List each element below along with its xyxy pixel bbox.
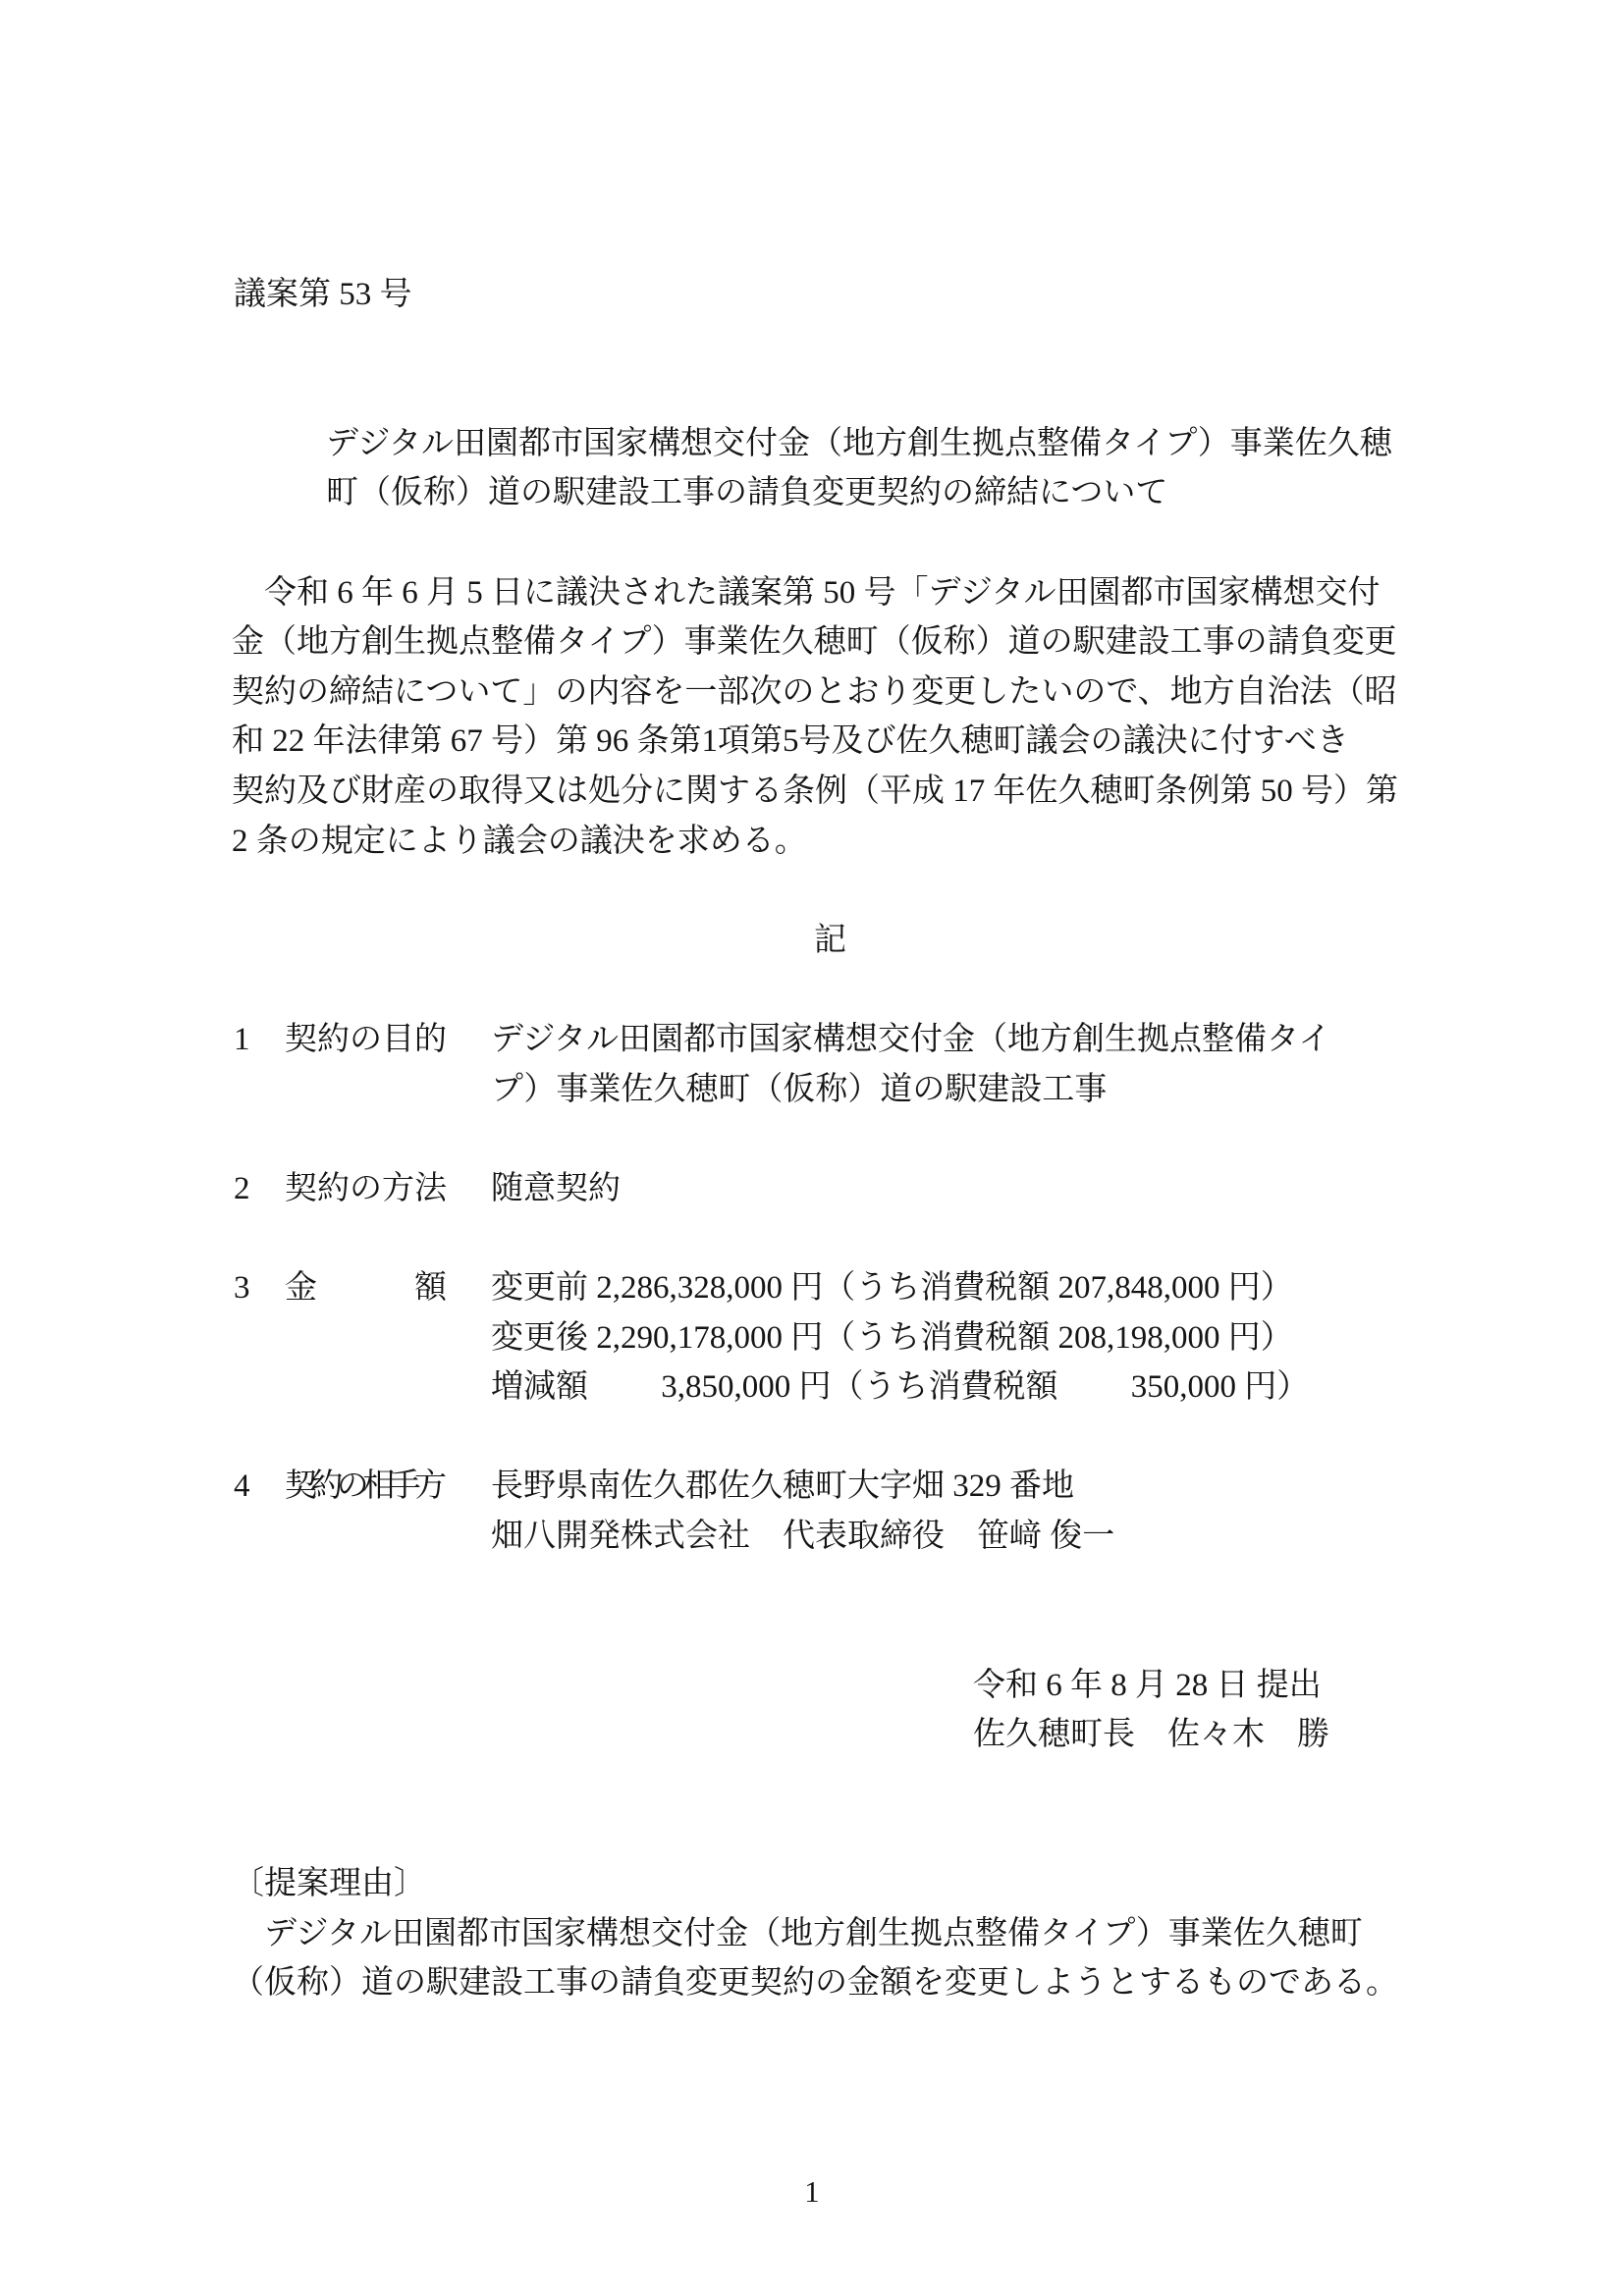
body-line: 契約及び財産の取得又は処分に関する条例（平成 17 年佐久穂町条例第 50 号）… <box>232 767 1398 817</box>
item-content-line: プ）事業佐久穂町（仮称）道の駅建設工事 <box>234 1065 1429 1115</box>
item-number: 3 <box>234 1263 285 1313</box>
reason-heading: 〔提案理由〕 <box>232 1859 1398 1909</box>
document-title: デジタル田園都市国家構想交付金（地方創生拠点整備タイプ）事業佐久穂 町（仮称）道… <box>326 419 1392 518</box>
doc-number: 議案第 53 号 <box>234 270 412 320</box>
item-label: 契約の目的 <box>285 1015 447 1065</box>
document-page: 議案第 53 号 デジタル田園都市国家構想交付金（地方創生拠点整備タイプ）事業佐… <box>0 0 1624 2296</box>
reason-block: 〔提案理由〕 デジタル田園都市国家構想交付金（地方創生拠点整備タイプ）事業佐久穂… <box>232 1859 1398 2008</box>
body-line: 和 22 年法律第 67 号）第 96 条第1項第5号及び佐久穂町議会の議決に付… <box>232 717 1398 767</box>
section-marker: 記 <box>232 916 1429 966</box>
reason-line: デジタル田園都市国家構想交付金（地方創生拠点整備タイプ）事業佐久穂町 <box>232 1909 1398 1959</box>
submission-block: 令和 6 年 8 月 28 日 提出 佐久穂町長 佐々木 勝 <box>973 1661 1329 1760</box>
item-label: 金 額 <box>285 1263 447 1313</box>
body-paragraph: 令和 6 年 6 月 5 日に議決された議案第 50 号「デジタル田園都市国家構… <box>232 568 1398 867</box>
item-content-line: デジタル田園都市国家構想交付金（地方創生拠点整備タイ <box>491 1015 1330 1065</box>
reason-line: （仮称）道の駅建設工事の請負変更契約の金額を変更しようとするものである。 <box>232 1958 1398 2008</box>
document-flow: 議案第 53 号 デジタル田園都市国家構想交付金（地方創生拠点整備タイプ）事業佐… <box>232 0 1429 2296</box>
item-number: 4 <box>234 1462 285 1512</box>
item-content-line: 畑八開発株式会社 代表取締役 笹﨑 俊一 <box>234 1512 1429 1562</box>
body-line: 契約の締結について」の内容を一部次のとおり変更したいので、地方自治法（昭 <box>232 667 1398 718</box>
document-title-line: デジタル田園都市国家構想交付金（地方創生拠点整備タイプ）事業佐久穂 <box>326 419 1392 469</box>
contract-item-amount: 3金 額変更前 2,286,328,000 円（うち消費税額 207,848,0… <box>234 1263 1429 1413</box>
body-line: 2 条の規定により議会の議決を求める。 <box>232 817 1398 867</box>
contract-item-method: 2契約の方法随意契約 <box>234 1164 1429 1214</box>
item-content-line: 長野県南佐久郡佐久穂町大字畑 329 番地 <box>491 1462 1074 1512</box>
body-line: 金（地方創生拠点整備タイプ）事業佐久穂町（仮称）道の駅建設工事の請負変更 <box>232 617 1398 667</box>
page-number: 1 <box>0 2165 1624 2218</box>
item-number: 2 <box>234 1164 285 1214</box>
item-content-line: 変更後 2,290,178,000 円（うち消費税額 208,198,000 円… <box>234 1313 1429 1363</box>
contract-item-counterparty: 4契約の相手方長野県南佐久郡佐久穂町大字畑 329 番地 畑八開発株式会社 代表… <box>234 1462 1429 1561</box>
item-content-line: 随意契約 <box>491 1164 621 1214</box>
submitter-name: 佐久穂町長 佐々木 勝 <box>973 1710 1329 1760</box>
item-number: 1 <box>234 1015 285 1065</box>
item-content-line: 増減額 3,850,000 円（うち消費税額 350,000 円） <box>234 1362 1429 1413</box>
item-label: 契約の方法 <box>285 1164 447 1214</box>
body-line: 令和 6 年 6 月 5 日に議決された議案第 50 号「デジタル田園都市国家構… <box>232 568 1398 618</box>
item-label: 契約の相手方 <box>285 1462 447 1512</box>
contract-item-purpose: 1契約の目的デジタル田園都市国家構想交付金（地方創生拠点整備タイ プ）事業佐久穂… <box>234 1015 1429 1114</box>
document-title-line: 町（仮称）道の駅建設工事の請負変更契約の締結について <box>326 468 1392 518</box>
item-content-line: 変更前 2,286,328,000 円（うち消費税額 207,848,000 円… <box>491 1263 1293 1313</box>
submission-date: 令和 6 年 8 月 28 日 提出 <box>973 1661 1329 1711</box>
